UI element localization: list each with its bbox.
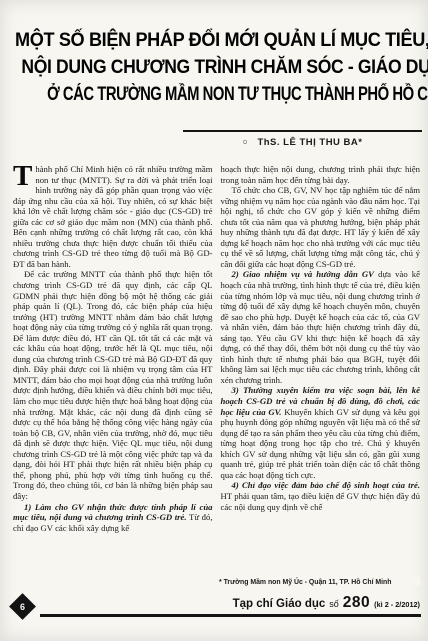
- footnote: * Trường Mầm non Mỹ Úc - Quận 11, TP. Hồ…: [219, 577, 420, 586]
- title-line-3: Ở CÁC TRƯỜNG MẦM NON TƯ THỤC THÀNH PHỐ H…: [47, 81, 381, 108]
- paragraph: Thành phố Chí Minh hiện có rất nhiều trư…: [13, 164, 213, 269]
- journal-name: Tạp chí Giáo dục: [233, 598, 326, 610]
- author-line: ○ThS. LÊ THỊ THU BA*: [183, 130, 422, 148]
- body-text: Để các trường MNTT của thành phố thực hi…: [13, 269, 213, 500]
- paragraph: Tổ chức cho CB, GV, NV học tập nghiêm tú…: [221, 185, 421, 269]
- body-text: Tổ chức cho CB, GV, NV học tập nghiêm tú…: [221, 185, 421, 269]
- author-name: ThS. LÊ THỊ THU BA*: [257, 137, 362, 148]
- body-text: HT phải quan tâm, tạo điều kiện để GV th…: [221, 491, 421, 512]
- issue-label: số: [329, 599, 339, 609]
- paragraph: 1) Làm cho GV nhận thức được tính pháp l…: [13, 502, 213, 534]
- measure-heading-text: 4) Chỉ đạo việc đảm bảo chế độ sinh hoạt…: [232, 480, 421, 490]
- drop-cap: T: [13, 164, 35, 187]
- journal-footer: Tạp chí Giáo dục số 280 (kì 2 - 2/2012): [233, 594, 420, 612]
- left-column: Thành phố Chí Minh hiện có rất nhiều trư…: [13, 164, 213, 585]
- body-text: hoạch thực hiện nội dung, chương trình p…: [221, 164, 421, 185]
- author-bullet-icon: ○: [243, 137, 249, 147]
- measure-heading-text: 2) Giao nhiệm vụ và hướng dẫn GV: [232, 269, 374, 279]
- paragraph: 2) Giao nhiệm vụ và hướng dẫn GV dựa vào…: [221, 269, 421, 385]
- title-line-2: NỘI DUNG CHƯƠNG TRÌNH CHĂM SÓC - GIÁO DỤ…: [21, 54, 406, 81]
- issue-number: 280: [343, 594, 370, 612]
- page-number: 6: [13, 597, 32, 616]
- issue-period: (kì 2 - 2/2012): [374, 600, 420, 609]
- measure-heading-text: 1) Làm cho GV nhận thức được tính pháp l…: [13, 502, 213, 523]
- right-column: hoạch thực hiện nội dung, chương trình p…: [221, 164, 421, 585]
- footer-rule: [40, 614, 421, 617]
- body-text: dựa vào kế hoạch của nhà trường, tình hì…: [221, 269, 421, 384]
- body-columns: Thành phố Chí Minh hiện có rất nhiều trư…: [13, 164, 420, 585]
- title-line-1: MỘT SỐ BIỆN PHÁP ĐỔI MỚI QUẢN LÍ MỤC TIÊ…: [15, 27, 413, 54]
- body-text: hành phố Chí Minh hiện có rất nhiều trườ…: [13, 164, 213, 269]
- article-title: MỘT SỐ BIỆN PHÁP ĐỔI MỚI QUẢN LÍ MỤC TIÊ…: [0, 27, 428, 108]
- paragraph: 4) Chỉ đạo việc đảm bảo chế độ sinh hoạt…: [221, 480, 421, 512]
- paragraph: Để các trường MNTT của thành phố thực hi…: [13, 269, 213, 501]
- body-text: Khuyến khích GV sử dụng và kêu gọi phụ h…: [221, 407, 421, 480]
- scanned-article-page: MỘT SỐ BIỆN PHÁP ĐỔI MỚI QUẢN LÍ MỤC TIÊ…: [0, 0, 428, 641]
- paragraph: 3) Thường xuyên kiểm tra việc soạn bài, …: [221, 385, 421, 480]
- page-number-badge: 6: [9, 593, 36, 620]
- paragraph: hoạch thực hiện nội dung, chương trình p…: [221, 164, 421, 185]
